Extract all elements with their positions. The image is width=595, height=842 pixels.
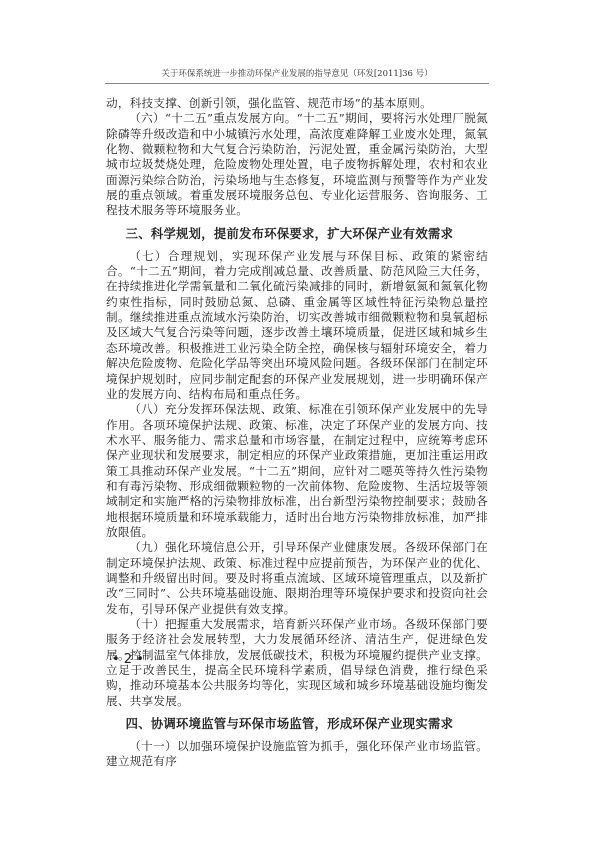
- paragraph-9: （九）强化环境信息公开，引导环保产业健康发展。各级环保部门在制定环境保护法规、政…: [106, 540, 488, 617]
- page-number: • 2 •: [112, 652, 144, 667]
- header-title: 关于环保系统进一步推动环保产业发展的指导意见（环发[2011]36 号）: [161, 69, 432, 79]
- section-heading-4: 四、协调环境监管与环保市场监管，形成环保产业现实需求: [106, 716, 488, 732]
- paragraph-11: （十一）以加强环境保护设施监管为抓手，强化环保产业市场监管。建立规范有序: [106, 739, 488, 770]
- paragraph-6: （六）“十二五”重点发展方向。“十二五”期间，要将污水处理厂脱氮除磷等升级改造和…: [106, 111, 488, 218]
- section-heading-3: 三、科学规划，提前发布环保要求，扩大环保产业有效需求: [106, 226, 488, 242]
- paragraph-7: （七）合理规划，实现环保产业发展与环保目标、政策的紧密结合。“十二五”期间，着力…: [106, 249, 488, 402]
- paragraph-10: （十）把握重大发展需求，培育新兴环保产业市场。各级环保部门要服务于经济社会发展转…: [106, 617, 488, 709]
- paragraph-8: （八）充分发挥环保法规、政策、标准在引领环保产业发展中的先导作用。各项环境保护法…: [106, 402, 488, 540]
- running-header: 关于环保系统进一步推动环保产业发展的指导意见（环发[2011]36 号）: [105, 68, 489, 84]
- document-body: 动，科技支撑、创新引领，强化监管、规范市场”的基本原则。 （六）“十二五”重点发…: [106, 96, 488, 770]
- paragraph-continuation: 动，科技支撑、创新引领，强化监管、规范市场”的基本原则。: [106, 96, 488, 111]
